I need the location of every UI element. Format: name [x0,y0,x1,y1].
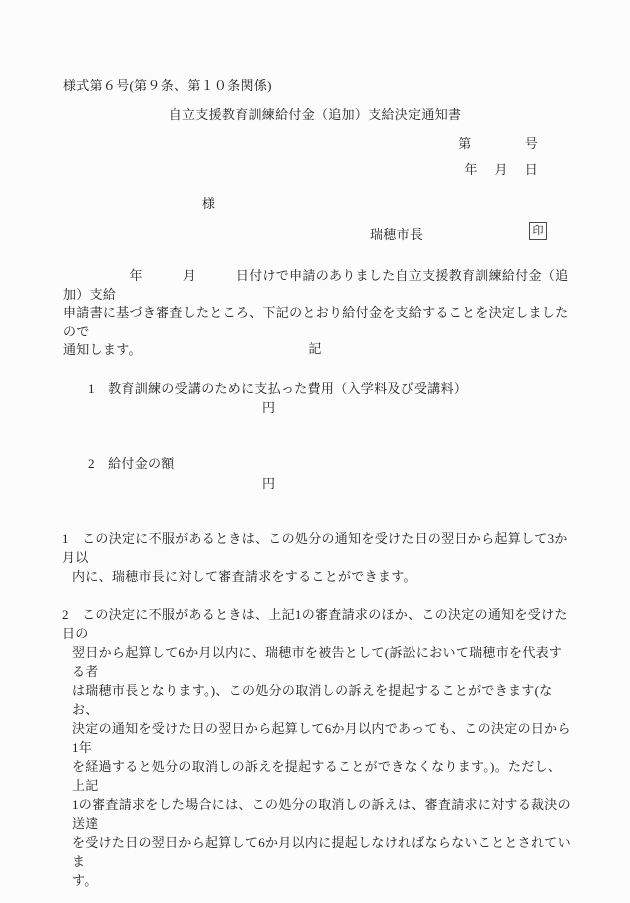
notice-line: は瑞穂市長となります。)、この処分の取消しの訴えを提起することができます(なお、 [72,681,574,719]
notice-line: す。 [72,871,574,890]
document-title: 自立支援教育訓練給付金（追加）支給決定通知書 [0,106,630,124]
notice-line: 1の審査請求をした場合には、この処分の取消しの訴えは、審査請求に対する裁決の送達 [72,795,574,833]
notice-1: 1 この決定に不服があるときは、この処分の通知を受けた日の翌日から起算して3か月… [62,529,574,586]
item-2-amount-unit: 円 [262,475,275,493]
document-date-placeholder: 年 月 日 [464,161,538,179]
notice-line: を経過すると処分の取消しの訴えを提起することができなくなります。)。ただし、上記 [72,757,574,795]
document-page: 様式第６号(第９条、第１０条関係) 自立支援教育訓練給付金（追加）支給決定通知書… [0,0,630,903]
notice-line: 決定の通知を受けた日の翌日から起算して6か月以内であっても、この決定の日から1年 [72,719,574,757]
body-paragraph-line: 申請書に基づき審査したところ、下記のとおり給付金を支給することを決定しましたので [63,304,571,341]
notice-line: 1 この決定に不服があるときは、この処分の通知を受けた日の翌日から起算して3か月… [62,529,574,567]
section-marker-ki: 記 [0,340,630,358]
form-number: 様式第６号(第９条、第１０条関係) [63,77,272,95]
seal-mark: 印 [529,222,547,240]
body-paragraph-line: 年 月 日付けで申請のありました自立支援教育訓練給付金（追加）支給 [63,267,571,304]
notice-line: 翌日から起算して6か月以内に、瑞穂市を被告として(訴訟において瑞穂市を代表する者 [72,643,574,681]
document-number-placeholder: 第 号 [458,135,538,153]
issuer-name: 瑞穂市長 [370,226,423,244]
item-1-label: 1 教育訓練の受講のために支払った費用（入学料及び受講料） [88,380,467,398]
notice-line: を受けた日の翌日から起算して6か月以内に提起しなければならないこととされていま [72,833,574,871]
item-1-amount-unit: 円 [262,399,275,417]
appeal-notices: 1 この決定に不服があるときは、この処分の通知を受けた日の翌日から起算して3か月… [62,529,574,890]
notice-line: 2 この決定に不服があるときは、上記1の審査請求のほか、この決定の通知を受けた日… [62,605,574,643]
notice-2: 2 この決定に不服があるときは、上記1の審査請求のほか、この決定の通知を受けた日… [62,605,574,890]
item-2-label: 2 給付金の額 [88,455,175,473]
notice-line: 内に、瑞穂市長に対して審査請求をすることができます。 [72,567,574,586]
addressee-honorific: 様 [202,195,215,213]
